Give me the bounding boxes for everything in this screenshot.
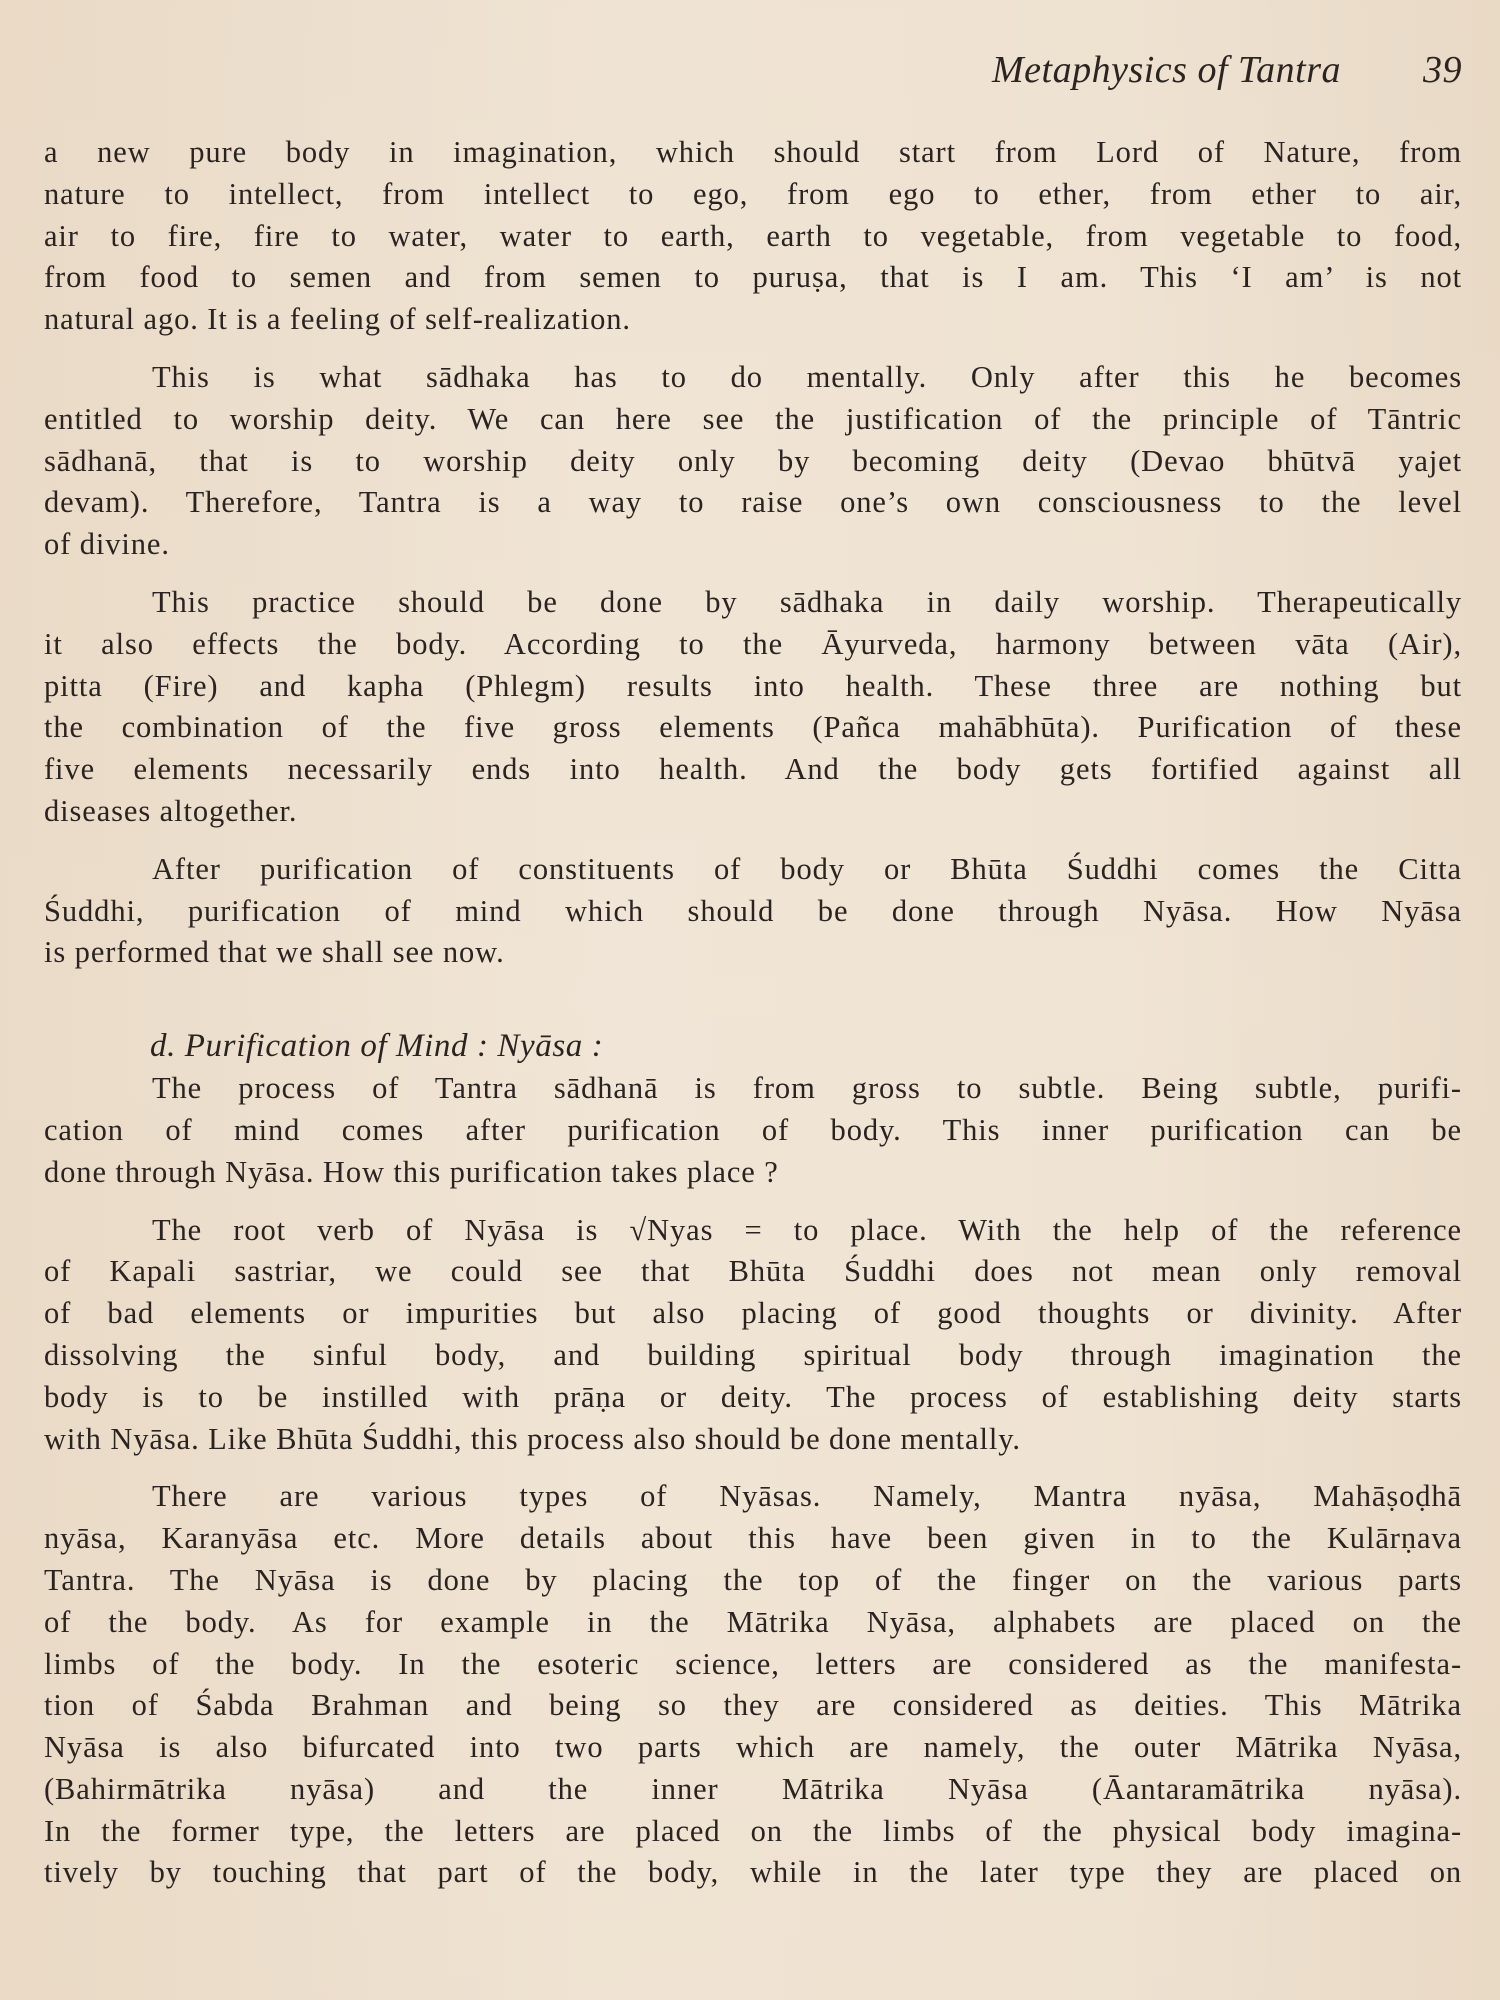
running-header: Metaphysics of Tantra 39 [992,48,1462,92]
section-heading: d. Purification of Mind : Nyāsa : [44,1024,1462,1068]
text-line: with Nyāsa. Like Bhūta Śuddhi, this proc… [44,1419,1462,1461]
text-line: tion of Śabda Brahman and being so they … [44,1685,1462,1727]
text-line: body is to be instilled with prāṇa or de… [44,1377,1462,1419]
text-line: nature to intellect, from intellect to e… [44,174,1462,216]
text-line: devam). Therefore, Tantra is a way to ra… [44,482,1462,524]
text-line: natural ago. It is a feeling of self-rea… [44,299,1462,341]
text-line: Tantra. The Nyāsa is done by placing the… [44,1560,1462,1602]
page-number: 39 [1423,48,1462,92]
text-line: After purification of constituents of bo… [44,849,1462,891]
text-line: entitled to worship deity. We can here s… [44,399,1462,441]
text-line: limbs of the body. In the esoteric scien… [44,1644,1462,1686]
text-line: it also effects the body. According to t… [44,624,1462,666]
text-line: (Bahirmātrika nyāsa) and the inner Mātri… [44,1769,1462,1811]
text-line: tively by touching that part of the body… [44,1852,1462,1894]
text-line: of divine. [44,524,1462,566]
text-line: five elements necessarily ends into heal… [44,749,1462,791]
text-line: from food to semen and from semen to pur… [44,257,1462,299]
text-line: of the body. As for example in the Mātri… [44,1602,1462,1644]
text-line: nyāsa, Karanyāsa etc. More details about… [44,1518,1462,1560]
text-line: is performed that we shall see now. [44,932,1462,974]
section-paragraph-3: There are various types of Nyāsas. Namel… [44,1476,1462,1894]
text-line: This is what sādhaka has to do mentally.… [44,357,1462,399]
text-line: dissolving the sinful body, and building… [44,1335,1462,1377]
running-title: Metaphysics of Tantra [992,48,1341,92]
paragraph-1: a new pure body in imagination, which sh… [44,132,1462,341]
paragraph-4: After purification of constituents of bo… [44,849,1462,974]
text-line: done through Nyāsa. How this purificatio… [44,1152,1462,1194]
text-line: sādhanā, that is to worship deity only b… [44,441,1462,483]
text-line: In the former type, the letters are plac… [44,1811,1462,1853]
text-line: The process of Tantra sādhanā is from gr… [44,1068,1462,1110]
text-line: There are various types of Nyāsas. Namel… [44,1476,1462,1518]
text-line: The root verb of Nyāsa is √Nyas = to pla… [44,1210,1462,1252]
text-line: diseases altogether. [44,791,1462,833]
text-line: of Kapali sastriar, we could see that Bh… [44,1251,1462,1293]
text-line: This practice should be done by sādhaka … [44,582,1462,624]
text-line: of bad elements or impurities but also p… [44,1293,1462,1335]
paragraph-2: This is what sādhaka has to do mentally.… [44,357,1462,566]
paragraph-3: This practice should be done by sādhaka … [44,582,1462,833]
text-line: Nyāsa is also bifurcated into two parts … [44,1727,1462,1769]
section-paragraph-2: The root verb of Nyāsa is √Nyas = to pla… [44,1210,1462,1461]
text-line: Śuddhi, purification of mind which shoul… [44,891,1462,933]
book-page: Metaphysics of Tantra 39 a new pure body… [0,0,1500,2000]
section-paragraph-1: The process of Tantra sādhanā is from gr… [44,1068,1462,1193]
text-line: air to fire, fire to water, water to ear… [44,216,1462,258]
text-line: a new pure body in imagination, which sh… [44,132,1462,174]
text-line: pitta (Fire) and kapha (Phlegm) results … [44,666,1462,708]
text-line: cation of mind comes after purification … [44,1110,1462,1152]
text-line: the combination of the five gross elemen… [44,707,1462,749]
body-text: a new pure body in imagination, which sh… [44,132,1462,1910]
